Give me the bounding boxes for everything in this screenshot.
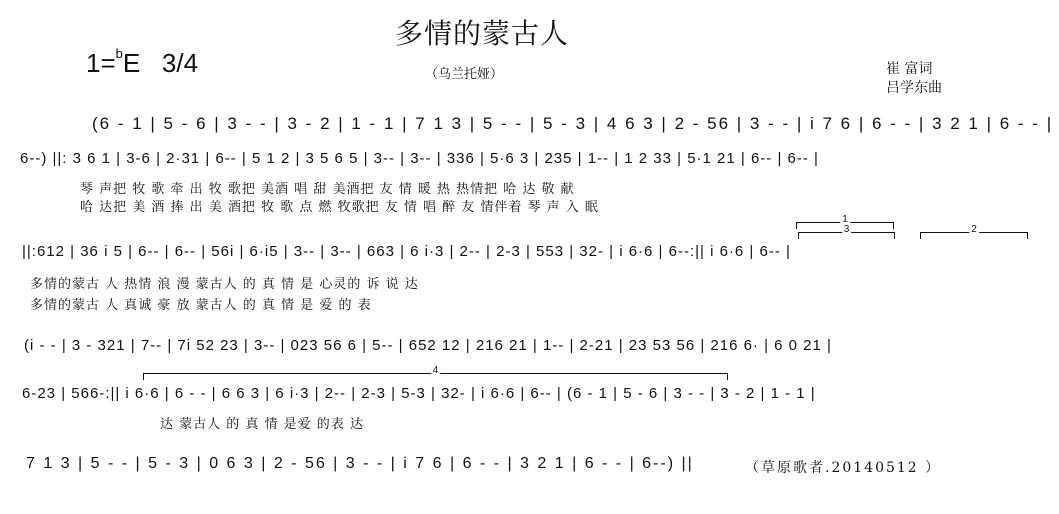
credits: 崔 富词 吕学东曲 (886, 60, 942, 98)
lyrics-line-2-verse-1: 琴 声把 牧 歌 牵 出 牧 歌把 美酒 唱 甜 美酒把 友 情 暖 热 热情把… (80, 178, 575, 197)
key-note: E (123, 48, 140, 78)
score-line-3: ||:612 | 36 i 5 | 6-- | 6-- | 56i | 6·i5… (22, 243, 791, 260)
volta-bracket-2: 2 (920, 232, 1028, 239)
score-line-5: 6-23 | 566-:|| i 6·6 | 6 - - | 6 6 3 | 6… (22, 385, 816, 402)
lyrics-line-5-verse-1: 达 蒙古人 的 真 情 是爱 的表 达 (160, 413, 364, 432)
arranger-tagline: （草原歌者.20140512 ） (745, 457, 941, 477)
lyricist: 崔 富词 (886, 60, 942, 79)
score-line-1: (6 - 1 | 5 - 6 | 3 - - | 3 - 2 | 1 - 1 |… (92, 114, 1053, 134)
key-signature: 1= (86, 48, 116, 78)
volta-bracket-4: 4 (143, 373, 728, 380)
song-title: 多情的蒙古人 (395, 12, 569, 52)
composer: 吕学东曲 (886, 79, 942, 98)
score-line-2: 6--) ||: 3 6 1 | 3-6 | 2·31 | 6-- | 5 1 … (20, 150, 819, 167)
time-signature: 3/4 (162, 48, 198, 78)
lyrics-line-3-verse-1: 多情的蒙古 人 热情 浪 漫 蒙古人 的 真 情 是 心灵的 诉 说 达 (30, 273, 419, 292)
score-line-6: 7 1 3 | 5 - - | 5 - 3 | 0 6 3 | 2 - 56 |… (26, 455, 694, 473)
lyrics-line-2-verse-2: 哈 达把 美 酒 捧 出 美 酒把 牧 歌 点 燃 牧歌把 友 情 唱 醉 友 … (80, 196, 599, 215)
volta-bracket-3: 3 (798, 232, 895, 239)
key-time-signature: 1=bE 3/4 (86, 48, 198, 79)
flat-symbol: b (116, 46, 123, 61)
lyrics-line-3-verse-2: 多情的蒙古 人 真诚 豪 放 蒙古人 的 真 情 是 爱 的 表 (30, 294, 372, 313)
score-line-4: (i - - | 3 - 321 | 7-- | 7i 52 23 | 3-- … (24, 337, 832, 354)
subtitle: （乌兰托娅） (425, 63, 503, 82)
